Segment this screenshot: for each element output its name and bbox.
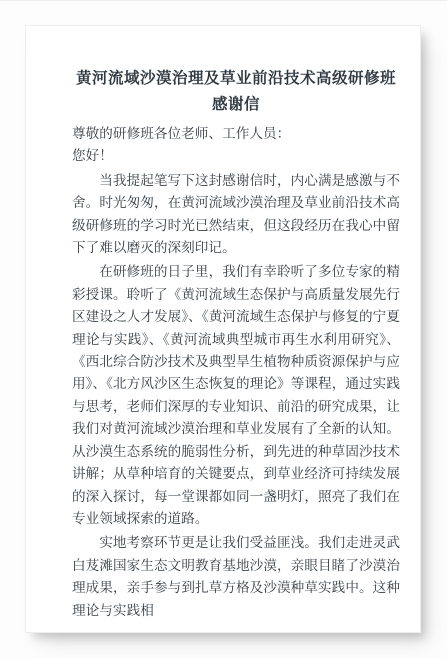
letter-title: 黄河流域沙漠治理及草业前沿技术高级研修班 xyxy=(72,66,400,92)
letter-subtitle: 感谢信 xyxy=(72,92,400,118)
salutation: 尊敬的研修班各位老师、工作人员： xyxy=(72,123,400,145)
paragraph-1: 当我提起笔写下这封感谢信时，内心满是感激与不舍。时光匆匆，在黄河流域沙漠治理及草… xyxy=(72,170,400,260)
letter-body: 尊敬的研修班各位老师、工作人员： 您好！ 当我提起笔写下这封感谢信时，内心满是感… xyxy=(72,123,400,622)
greeting: 您好！ xyxy=(72,145,400,167)
paragraph-3: 实地考察环节更是让我们受益匪浅。我们走进灵武白芨滩国家生态文明教育基地沙漠，亲眼… xyxy=(72,532,400,622)
photo-backdrop: 黄河流域沙漠治理及草业前沿技术高级研修班 感谢信 尊敬的研修班各位老师、工作人员… xyxy=(0,0,447,658)
paragraph-2: 在研修班的日子里，我们有幸聆听了多位专家的精彩授课。聆听了《黄河流域生态保护与高… xyxy=(72,261,400,530)
letter-page: 黄河流域沙漠治理及草业前沿技术高级研修班 感谢信 尊敬的研修班各位老师、工作人员… xyxy=(25,25,421,633)
